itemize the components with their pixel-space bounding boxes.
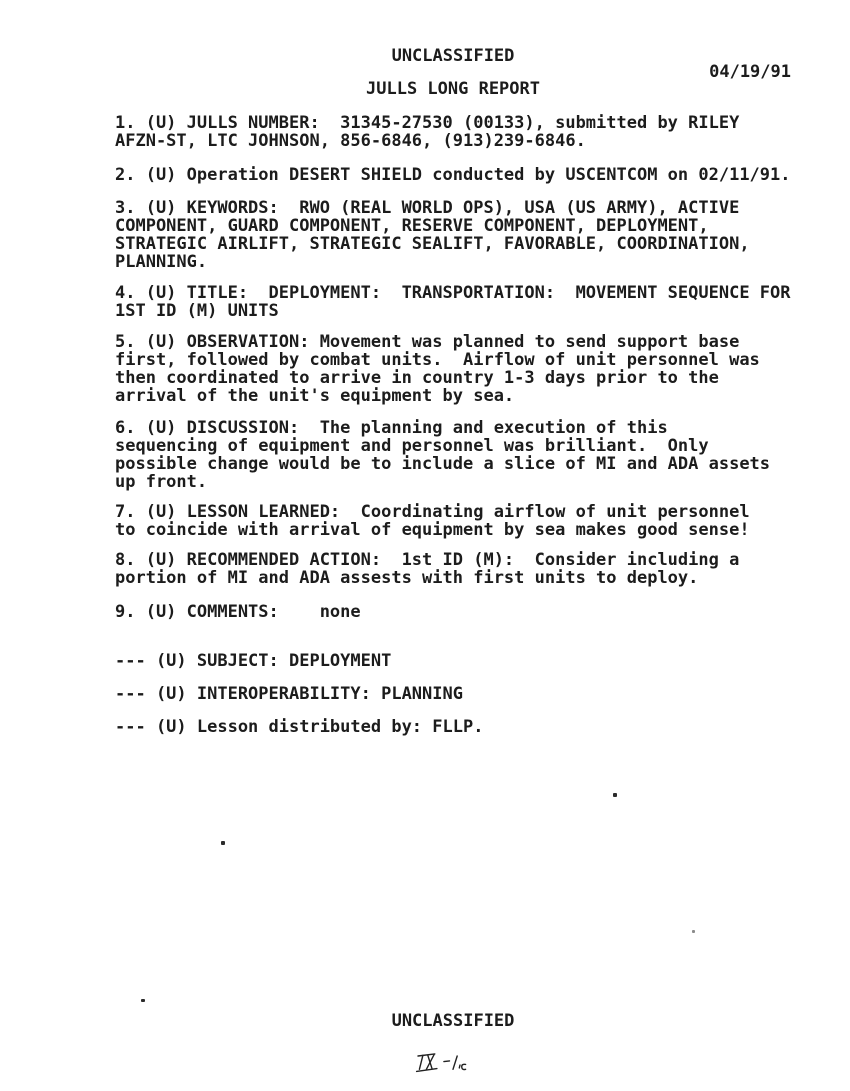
- scan-speck: [613, 793, 617, 797]
- paragraph-title: 4. (U) TITLE: DEPLOYMENT: TRANSPORTATION…: [115, 284, 791, 320]
- paragraph-julls-number: 1. (U) JULLS NUMBER: 31345-27530 (00133)…: [115, 114, 791, 150]
- interoperability-line: --- (U) INTEROPERABILITY: PLANNING: [115, 685, 791, 703]
- paragraph-lesson-learned: 7. (U) LESSON LEARNED: Coordinating airf…: [115, 503, 791, 539]
- paragraph-recommended-action: 8. (U) RECOMMENDED ACTION: 1st ID (M): C…: [115, 551, 791, 587]
- paragraph-comments: 9. (U) COMMENTS: none: [115, 603, 791, 621]
- paragraph-discussion: 6. (U) DISCUSSION: The planning and exec…: [115, 419, 791, 491]
- subject-line: --- (U) SUBJECT: DEPLOYMENT: [115, 652, 791, 670]
- report-title: JULLS LONG REPORT: [115, 80, 791, 98]
- scan-speck: [692, 930, 695, 933]
- handwritten-page-number: IV -16: [411, 1051, 467, 1075]
- handwriting-strokes: [411, 1051, 467, 1075]
- paragraph-keywords: 3. (U) KEYWORDS: RWO (REAL WORLD OPS), U…: [115, 199, 791, 271]
- document-page: UNCLASSIFIED 04/19/91 JULLS LONG REPORT …: [0, 0, 850, 1091]
- distribution-line: --- (U) Lesson distributed by: FLLP.: [115, 718, 791, 736]
- classification-banner-bottom: UNCLASSIFIED: [115, 1012, 791, 1030]
- scan-speck: [141, 999, 145, 1002]
- paragraph-operation: 2. (U) Operation DESERT SHIELD conducted…: [115, 166, 791, 184]
- paragraph-observation: 5. (U) OBSERVATION: Movement was planned…: [115, 333, 791, 405]
- scan-speck: [221, 841, 225, 845]
